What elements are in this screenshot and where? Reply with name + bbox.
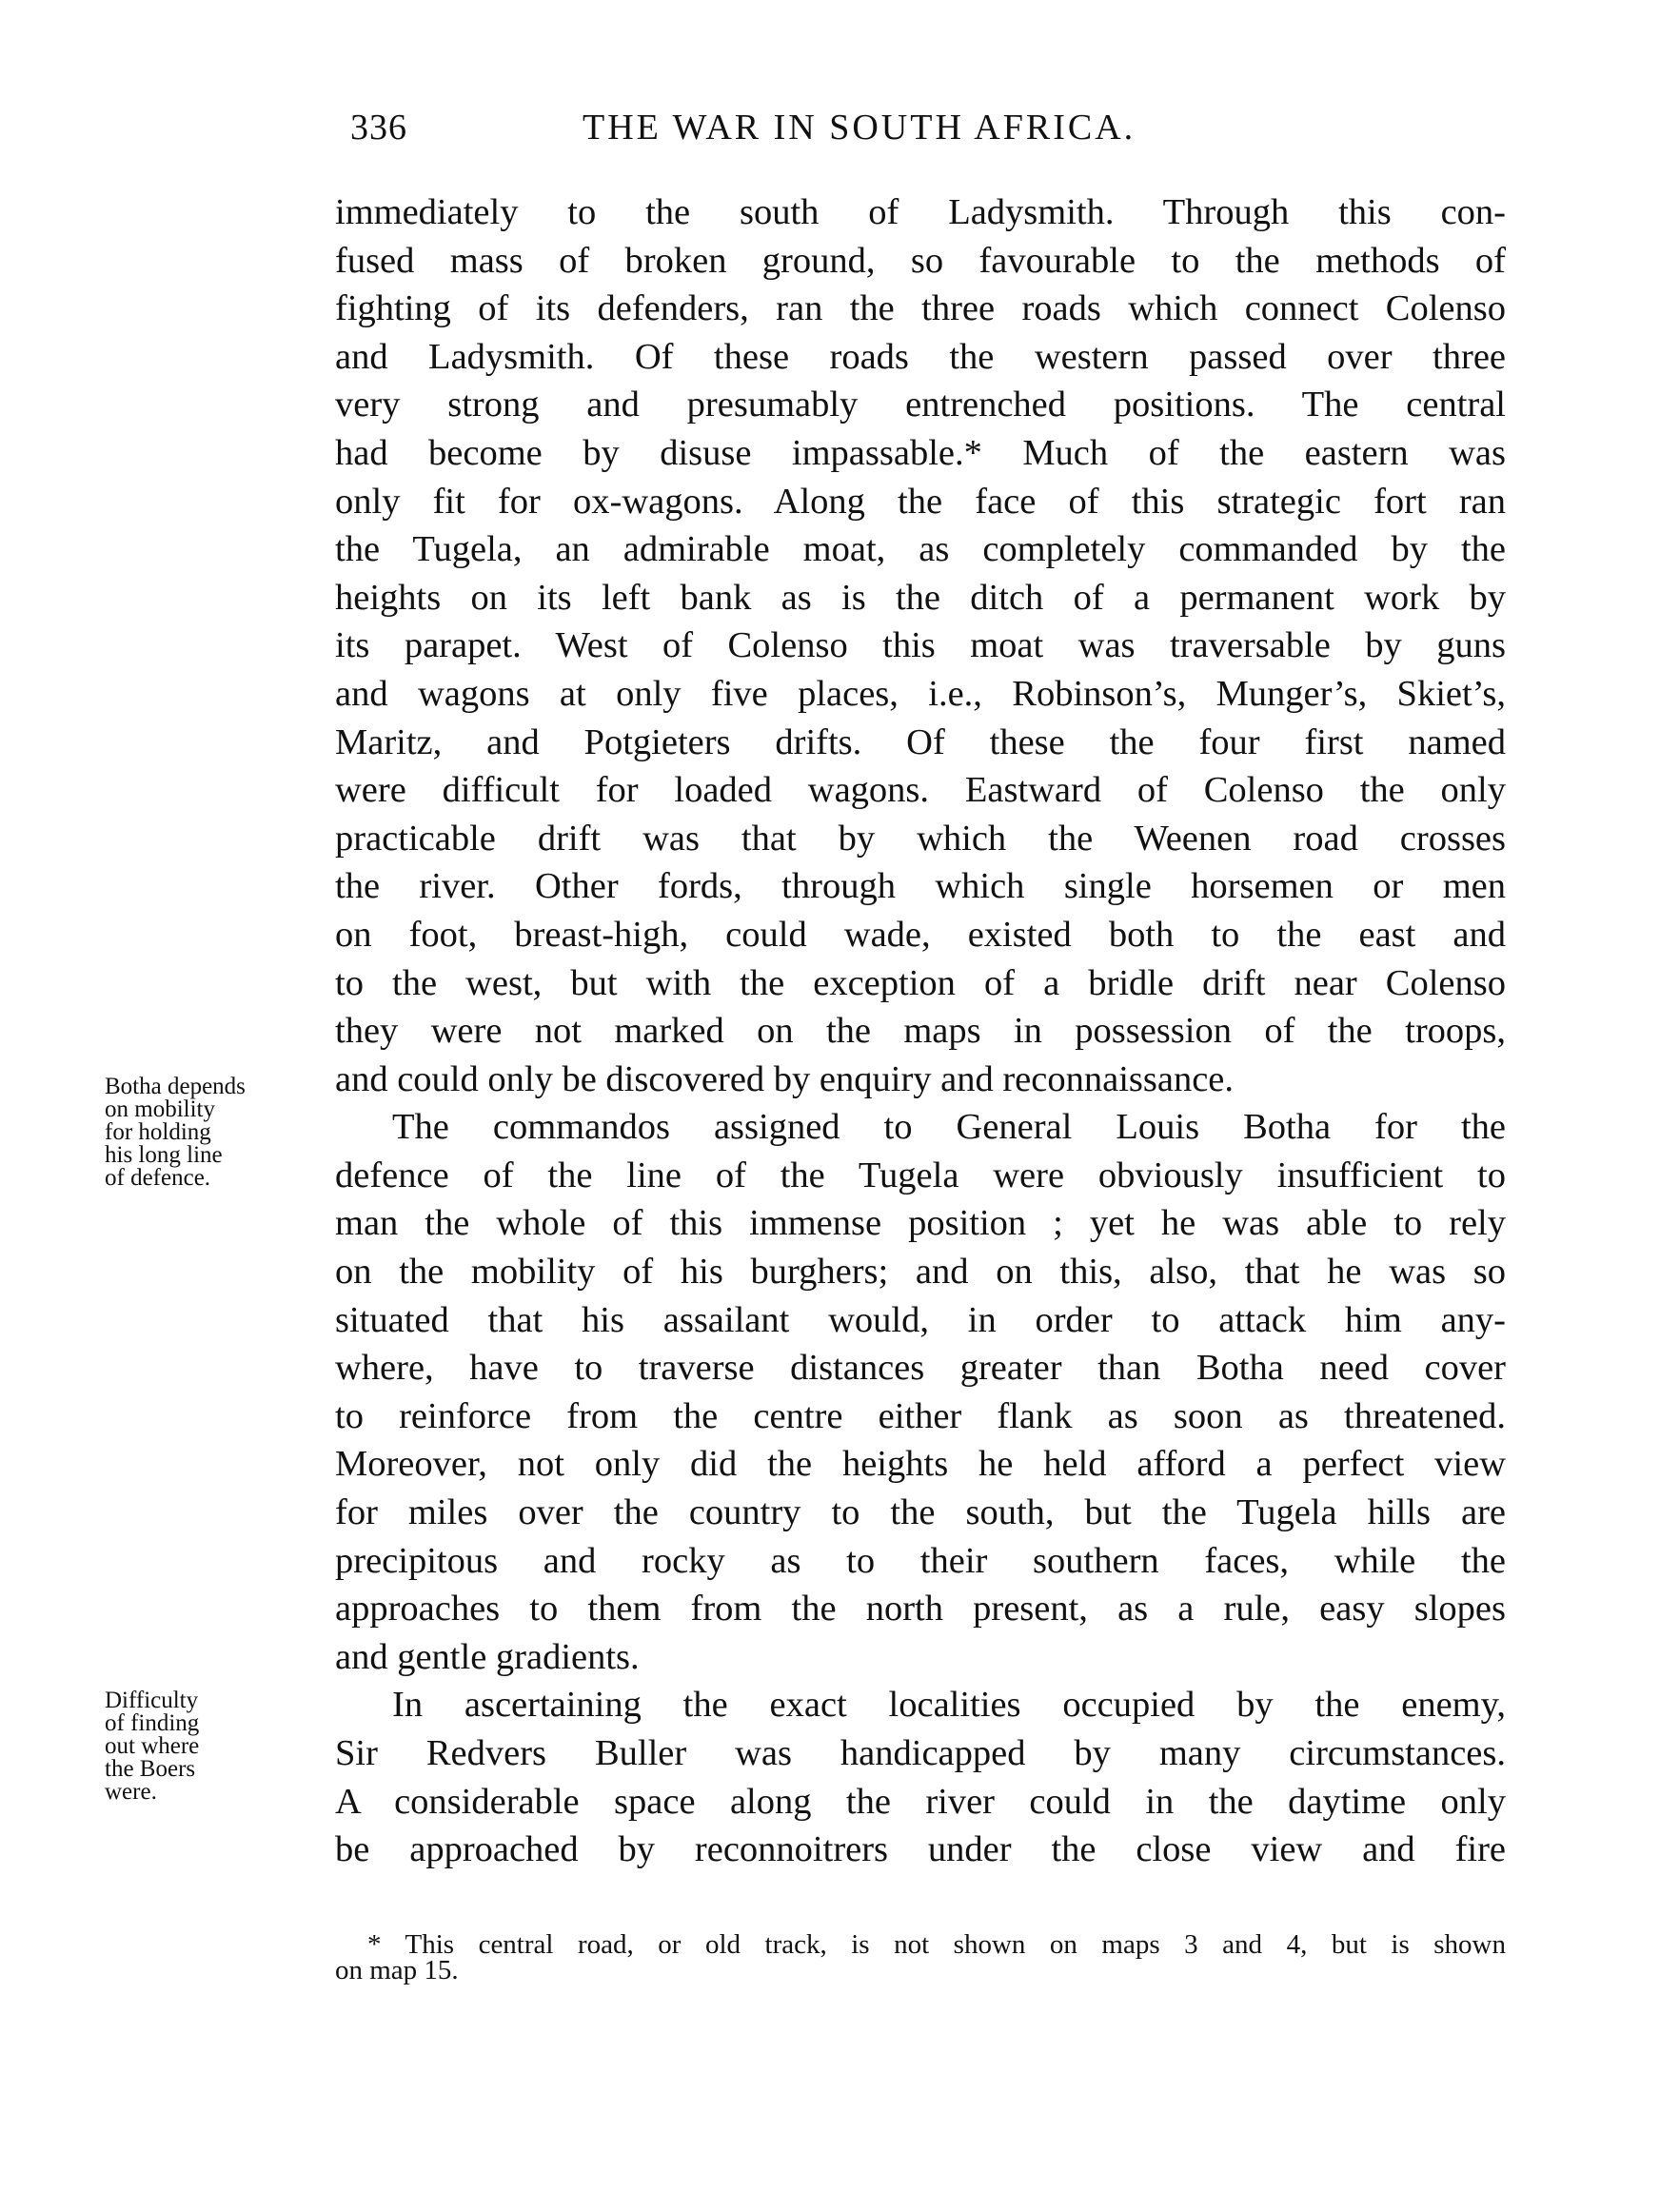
text-line: fighting of its defenders, ran the three…	[335, 285, 1506, 333]
paragraph-3: In ascertaining the exact localities occ…	[335, 1681, 1506, 1873]
text-line: to reinforce from the centre either flan…	[335, 1392, 1506, 1441]
text-line: and wagons at only five places, i.e., Ro…	[335, 670, 1506, 719]
footnote-line: * This central road, or old track, is no…	[335, 1932, 1506, 1958]
text-line: Maritz, and Potgieters drifts. Of these …	[335, 719, 1506, 767]
running-title: THE WAR IN SOUTH AFRICA.	[583, 107, 1136, 148]
text-line: precipitous and rocky as to their southe…	[335, 1537, 1506, 1586]
text-line: on foot, breast-high, could wade, existe…	[335, 911, 1506, 959]
marginal-line: on mobility	[105, 1098, 305, 1121]
marginal-line: of finding	[105, 1712, 305, 1735]
text-line: defence of the line of the Tugela were o…	[335, 1152, 1506, 1200]
text-line: only fit for ox-wagons. Along the face o…	[335, 478, 1506, 526]
text-line: its parapet. West of Colenso this moat w…	[335, 622, 1506, 670]
text-line: the Tugela, an admirable moat, as comple…	[335, 525, 1506, 574]
text-line: for miles over the country to the south,…	[335, 1489, 1506, 1537]
text-line: they were not marked on the maps in poss…	[335, 1007, 1506, 1056]
marginal-line: for holding	[105, 1121, 305, 1144]
text-line: where, have to traverse distances greate…	[335, 1344, 1506, 1392]
footnote: * This central road, or old track, is no…	[335, 1932, 1506, 1984]
text-line: In ascertaining the exact localities occ…	[335, 1681, 1506, 1729]
page-number: 336	[350, 107, 407, 148]
text-line: practicable drift was that by which the …	[335, 815, 1506, 863]
text-line: man the whole of this immense position ;…	[335, 1199, 1506, 1248]
text-line: and Ladysmith. Of these roads the wester…	[335, 333, 1506, 382]
marginal-line: Difficulty	[105, 1689, 305, 1712]
text-line: very strong and presumably entrenched po…	[335, 381, 1506, 429]
marginal-line: the Boers	[105, 1758, 305, 1781]
marginal-line: Botha depends	[105, 1076, 305, 1098]
text-line: situated that his assailant would, in or…	[335, 1296, 1506, 1345]
text-line: approaches to them from the north presen…	[335, 1585, 1506, 1633]
text-line: and gentle gradients.	[335, 1633, 1506, 1682]
text-line: Sir Redvers Buller was handicapped by ma…	[335, 1729, 1506, 1778]
marginal-line: out where	[105, 1735, 305, 1758]
text-line: A considerable space along the river cou…	[335, 1778, 1506, 1827]
marginal-note-difficulty: Difficulty of finding out where the Boer…	[105, 1689, 305, 1804]
body-text: immediately to the south of Ladysmith. T…	[335, 188, 1506, 1874]
text-line: be approached by reconnoitrers under the…	[335, 1826, 1506, 1874]
marginal-note-botha: Botha depends on mobility for holding hi…	[105, 1076, 305, 1190]
marginal-line: his long line	[105, 1144, 305, 1167]
text-line: and could only be discovered by enquiry …	[335, 1056, 1506, 1104]
text-line: to the west, but with the exception of a…	[335, 959, 1506, 1008]
page-header: 336 THE WAR IN SOUTH AFRICA.	[350, 107, 1302, 164]
paragraph-2: The commandos assigned to General Louis …	[335, 1103, 1506, 1681]
marginal-line: were.	[105, 1781, 305, 1804]
text-line: were difficult for loaded wagons. Eastwa…	[335, 766, 1506, 815]
text-line: had become by disuse impassable.* Much o…	[335, 429, 1506, 478]
text-line: on the mobility of his burghers; and on …	[335, 1248, 1506, 1296]
footnote-line: on map 15.	[335, 1958, 1506, 1984]
text-line: the river. Other fords, through which si…	[335, 862, 1506, 911]
paragraph-1: immediately to the south of Ladysmith. T…	[335, 188, 1506, 1103]
text-line: immediately to the south of Ladysmith. T…	[335, 188, 1506, 237]
marginal-line: of defence.	[105, 1167, 305, 1190]
text-line: fused mass of broken ground, so favourab…	[335, 237, 1506, 286]
text-line: Moreover, not only did the heights he he…	[335, 1440, 1506, 1489]
text-line: heights on its left bank as is the ditch…	[335, 574, 1506, 622]
text-line: The commandos assigned to General Louis …	[335, 1103, 1506, 1152]
